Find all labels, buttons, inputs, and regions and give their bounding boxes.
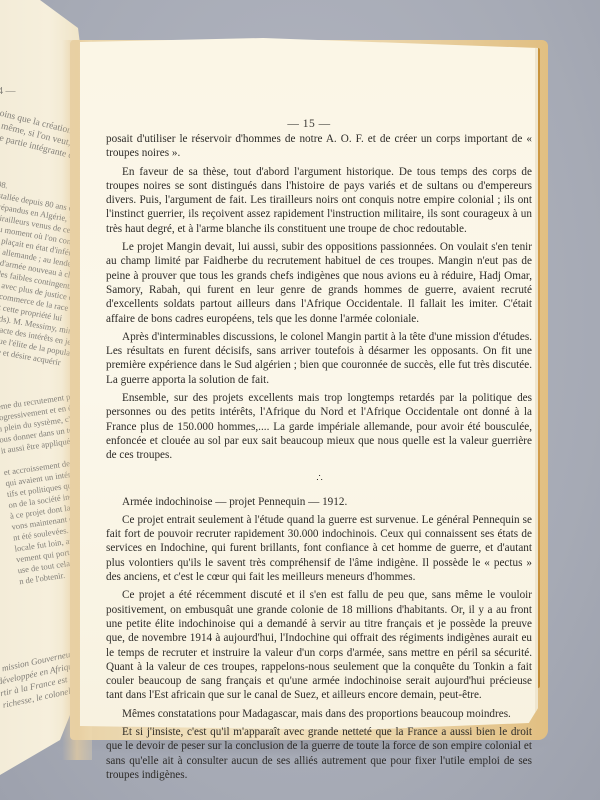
section-heading: Armée indochinoise — projet Pennequin — … <box>106 495 532 509</box>
paragraph: Ce projet entrait seulement à l'étude qu… <box>106 513 532 584</box>
paragraph: Ce projet a été récemment discuté et il … <box>106 588 532 702</box>
paragraph: Mêmes constatations pour Madagascar, mai… <box>106 707 532 721</box>
paragraph: posait d'utiliser le réservoir d'hommes … <box>106 132 532 161</box>
page-number: — 15 — <box>80 118 538 130</box>
section-ornament: ∴ <box>106 473 532 485</box>
page-body: posait d'utiliser le réservoir d'hommes … <box>106 132 532 786</box>
paragraph: Le projet Mangin devait, lui aussi, subi… <box>106 240 532 326</box>
paragraph: Après d'interminables discussions, le co… <box>106 330 532 387</box>
paragraph: Ensemble, sur des projets excellents mai… <box>106 391 532 462</box>
paragraph: Et si j'insiste, c'est qu'il m'apparaît … <box>106 725 532 782</box>
paragraph: En faveur de sa thèse, tout d'abord l'ar… <box>106 165 532 236</box>
